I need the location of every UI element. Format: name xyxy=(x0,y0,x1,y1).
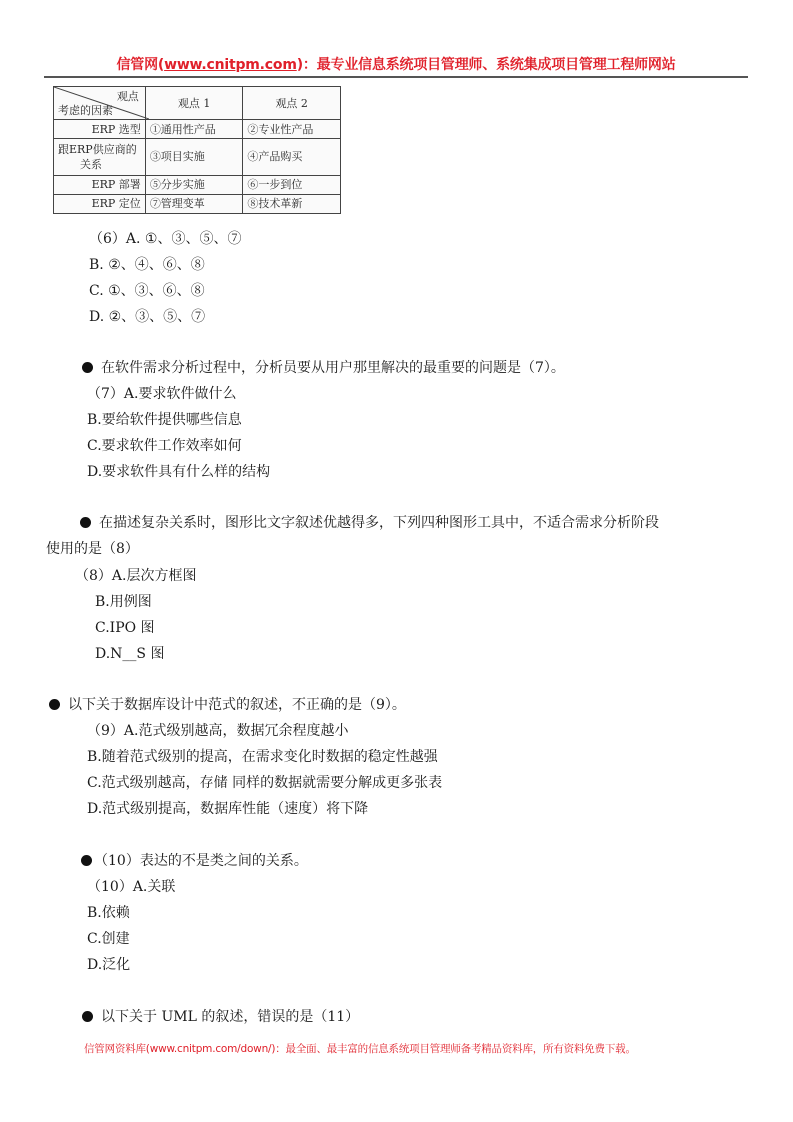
option-10d: D.泛化 xyxy=(87,956,130,974)
erp-viewpoint-table: 观点 考虑的因素 观点 1 观点 2 ERP 选型 ①通用性产品 ②专业性产品 … xyxy=(53,86,341,214)
value-cell: ⑤分步实施 xyxy=(145,175,243,194)
header-divider xyxy=(44,76,748,78)
value-cell: ⑦管理变革 xyxy=(145,194,243,213)
option-7d: D.要求软件具有什么样的结构 xyxy=(87,463,270,481)
page-footer: 信管网资料库(www.cnitpm.com/down/)：最全面、最丰富的信息系… xyxy=(84,1041,636,1056)
table-corner-cell: 观点 考虑的因素 xyxy=(54,87,146,120)
option-6a: （6）A. ①、③、⑤、⑦ xyxy=(89,230,241,248)
option-8b: B.用例图 xyxy=(95,593,152,611)
value-cell: ①通用性产品 xyxy=(145,120,243,139)
table-row: 跟ERP供应商的 关系 ③项目实施 ④产品购买 xyxy=(54,139,341,176)
option-7b: B.要给软件提供哪些信息 xyxy=(87,411,242,429)
page-header: 信管网(www.cnitpm.com)：最专业信息系统项目管理师、系统集成项目管… xyxy=(44,54,748,74)
option-10b: B.依赖 xyxy=(87,904,130,922)
option-6d: D. ②、③、⑤、⑦ xyxy=(89,308,205,326)
bullet-icon xyxy=(81,855,92,866)
question-8-stem-line1: 在描述复杂关系时，图形比文字叙述优越得多，下列四种图形工具中，不适合需求分析阶段 xyxy=(80,514,659,532)
factor-cell: 跟ERP供应商的 关系 xyxy=(54,139,146,176)
corner-bottom-label: 考虑的因素 xyxy=(58,103,113,118)
question-11-stem: 以下关于 UML 的叙述，错误的是（11） xyxy=(82,1008,359,1026)
column-header: 观点 2 xyxy=(243,87,341,120)
bullet-icon xyxy=(80,517,91,528)
header-suffix: )：最专业信息系统项目管理师、系统集成项目管理工程师网站 xyxy=(297,57,676,73)
option-6b: B. ②、④、⑥、⑧ xyxy=(89,256,205,274)
bullet-icon xyxy=(82,1011,93,1022)
value-cell: ③项目实施 xyxy=(145,139,243,176)
header-prefix: 信管网( xyxy=(116,57,164,73)
option-8c: C.IPO 图 xyxy=(95,619,155,637)
question-10-stem: （10）表达的不是类之间的关系。 xyxy=(81,852,308,870)
column-header: 观点 1 xyxy=(145,87,243,120)
option-8a: （8）A.层次方框图 xyxy=(75,567,196,585)
value-cell: ②专业性产品 xyxy=(243,120,341,139)
factor-cell: ERP 选型 xyxy=(54,120,146,139)
question-9-stem: 以下关于数据库设计中范式的叙述，不正确的是（9）。 xyxy=(49,696,406,714)
factor-line: 关系 xyxy=(58,157,141,172)
stem-text: （10）表达的不是类之间的关系。 xyxy=(94,853,308,869)
value-cell: ⑧技术革新 xyxy=(243,194,341,213)
option-7a: （7）A.要求软件做什么 xyxy=(87,385,236,403)
option-7c: C.要求软件工作效率如何 xyxy=(87,437,242,455)
stem-text: 以下关于数据库设计中范式的叙述，不正确的是（9）。 xyxy=(68,697,406,713)
factor-cell: ERP 部署 xyxy=(54,175,146,194)
bullet-icon xyxy=(49,699,60,710)
stem-text: 在描述复杂关系时，图形比文字叙述优越得多，下列四种图形工具中，不适合需求分析阶段 xyxy=(99,515,659,531)
option-9c: C.范式级别越高，存储 同样的数据就需要分解成更多张表 xyxy=(87,774,442,792)
question-8-stem-line2: 使用的是（8） xyxy=(46,540,139,558)
table-row: ERP 部署 ⑤分步实施 ⑥一步到位 xyxy=(54,175,341,194)
option-9a: （9）A.范式级别越高，数据冗余程度越小 xyxy=(87,722,348,740)
table-row: ERP 定位 ⑦管理变革 ⑧技术革新 xyxy=(54,194,341,213)
corner-top-label: 观点 xyxy=(117,89,139,104)
value-cell: ⑥一步到位 xyxy=(243,175,341,194)
option-8d: D.N__S 图 xyxy=(95,645,164,663)
header-site-link[interactable]: www.cnitpm.com xyxy=(164,57,297,73)
stem-text: 在软件需求分析过程中，分析员要从用户那里解决的最重要的问题是（7）。 xyxy=(101,360,565,376)
bullet-icon xyxy=(82,362,93,373)
option-9d: D.范式级别提高，数据库性能（速度）将下降 xyxy=(87,800,368,818)
factor-line: 跟ERP供应商的 xyxy=(58,142,141,157)
stem-text: 以下关于 UML 的叙述，错误的是（11） xyxy=(101,1009,359,1025)
value-cell: ④产品购买 xyxy=(243,139,341,176)
question-7-stem: 在软件需求分析过程中，分析员要从用户那里解决的最重要的问题是（7）。 xyxy=(82,359,565,377)
option-10c: C.创建 xyxy=(87,930,130,948)
option-9b: B.随着范式级别的提高，在需求变化时数据的稳定性越强 xyxy=(87,748,438,766)
table-row: ERP 选型 ①通用性产品 ②专业性产品 xyxy=(54,120,341,139)
option-6c: C. ①、③、⑥、⑧ xyxy=(89,282,205,300)
factor-cell: ERP 定位 xyxy=(54,194,146,213)
option-10a: （10）A.关联 xyxy=(87,878,175,896)
